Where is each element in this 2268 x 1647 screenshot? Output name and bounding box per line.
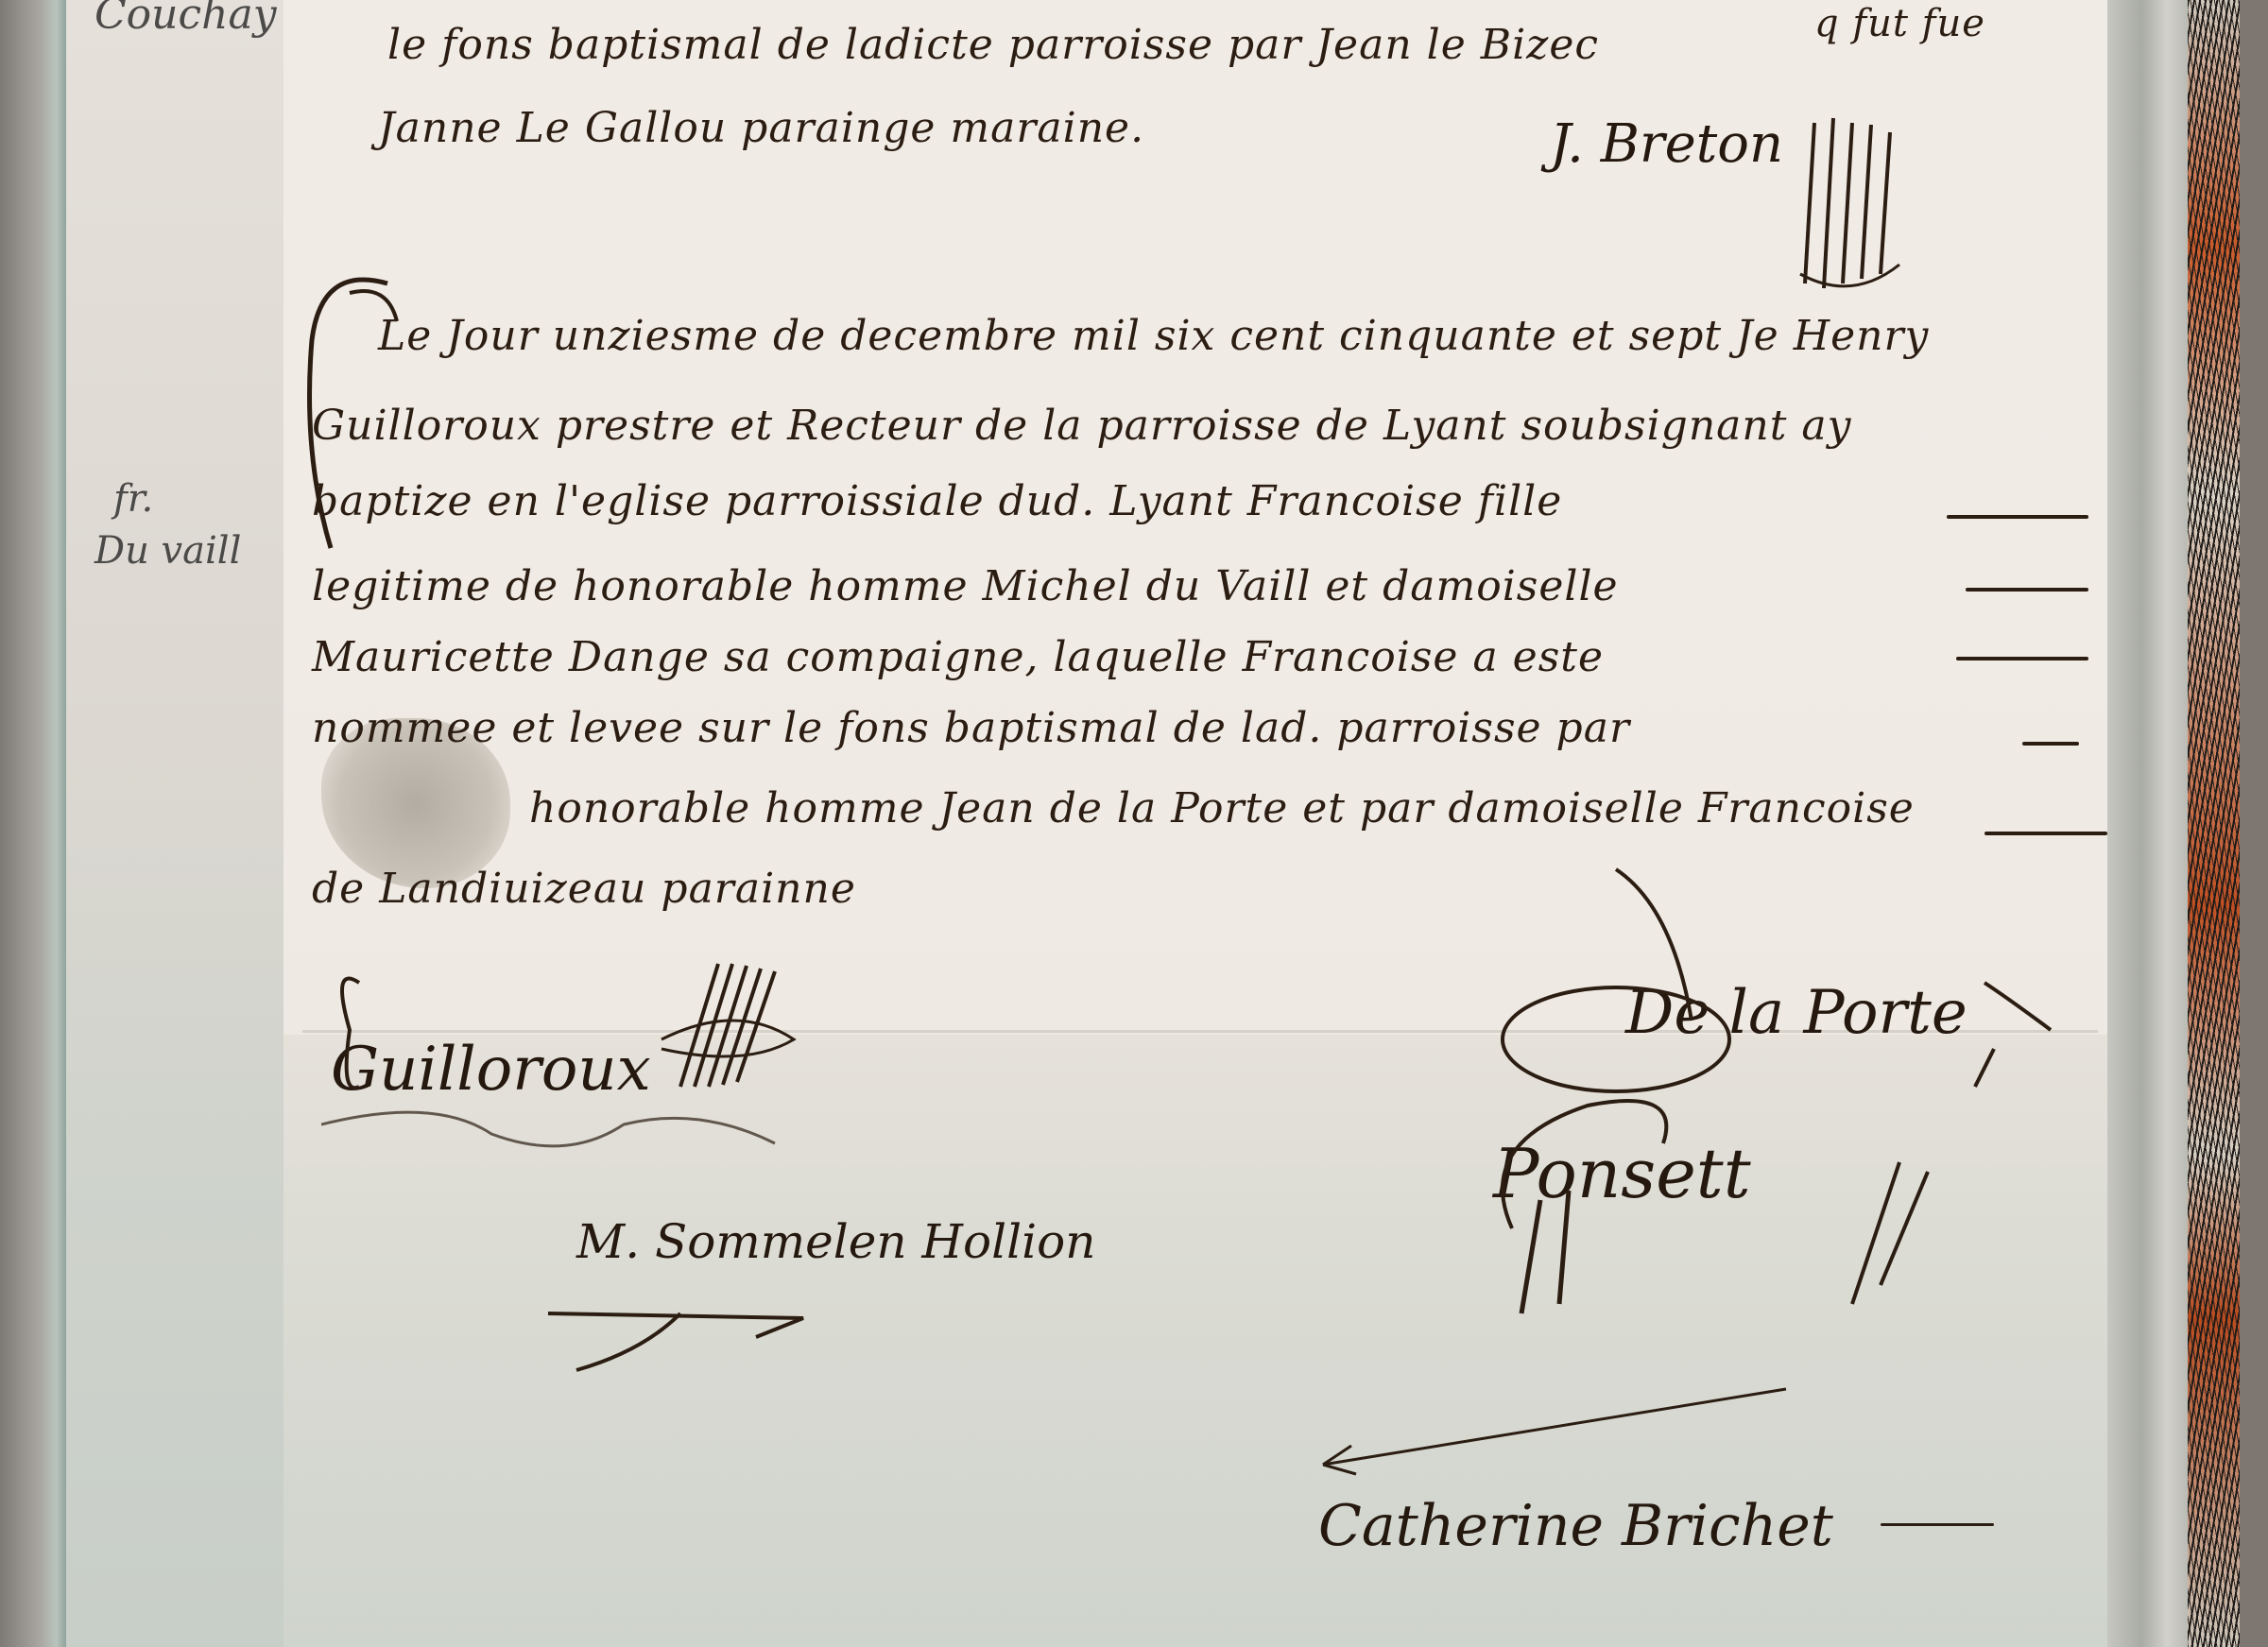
signature-sommelen-hollion: M. Sommelen Hollion: [576, 1214, 1095, 1269]
entry-line-1: Le Jour unziesme de decembre mil six cen…: [378, 312, 1929, 360]
page-left-margin: [66, 0, 302, 1647]
signature-flourish-de-la-porte: [1484, 850, 2070, 1096]
signature-flourish-brichet-arrow: [1314, 1380, 1805, 1493]
entry-line-8: de Landiuizeau parainne: [312, 865, 856, 913]
previous-entry-line-2: Janne Le Gallou parainge maraine.: [378, 104, 1144, 152]
signature-breton: J. Breton: [1550, 113, 1783, 175]
signature-underline: [1881, 1523, 1994, 1526]
marbled-endpaper: [2188, 0, 2240, 1647]
entry-line-2: Guilloroux prestre et Recteur de la parr…: [312, 402, 1852, 450]
previous-entry-fragment-right: q fut fue: [1814, 2, 1985, 45]
line-filler-dash: [2022, 742, 2079, 746]
line-filler-dash: [1966, 588, 2088, 592]
entry-line-4: legitime de honorable homme Michel du Va…: [312, 562, 1619, 610]
line-filler-dash: [1984, 832, 2107, 835]
signature-flourish-guilloroux: [321, 945, 850, 1172]
line-filler-dash: [1947, 515, 2088, 519]
entry-line-7: honorable homme Jean de la Porte et par …: [529, 784, 1915, 832]
margin-note-initial: fr.: [113, 477, 153, 521]
previous-entry-line-1: le fons baptismal de ladicte parroisse p…: [387, 21, 1599, 69]
entry-line-5: Mauricette Dange sa compaigne, laquelle …: [312, 633, 1604, 681]
margin-fragment-couchay: Couchay: [94, 0, 277, 39]
margin-note-name: Du vaill: [94, 529, 241, 573]
book-binding-edge: [2107, 0, 2192, 1647]
book-left-edge: [0, 0, 66, 1647]
signature-flourish-breton: [1795, 113, 1909, 302]
entry-line-6: nommee et levee sur le fons baptismal de…: [312, 704, 1630, 752]
entry-line-3: baptize en l'eglise parroissiale dud. Ly…: [312, 477, 1562, 525]
signature-flourish-ponsett: [1455, 1087, 1984, 1332]
signature-flourish-hollion: [539, 1295, 860, 1380]
signature-catherine-brichet: Catherine Brichet: [1318, 1493, 1833, 1559]
book-cover-edge: [2240, 0, 2268, 1647]
line-filler-dash: [1956, 657, 2088, 661]
